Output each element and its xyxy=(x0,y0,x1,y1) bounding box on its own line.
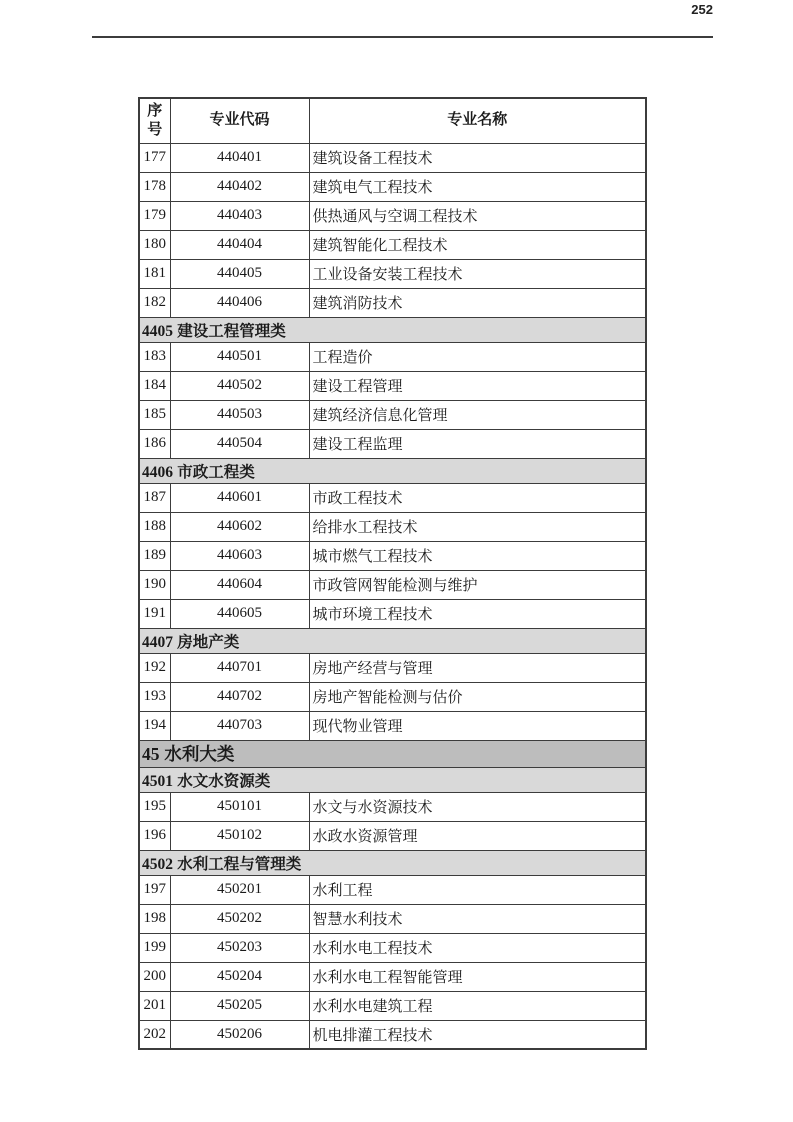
row-serial-no-cell: 196 xyxy=(139,821,170,850)
table-row: 199450203水利水电工程技术 xyxy=(139,933,646,962)
section-header-cell: 4405 建设工程管理类 xyxy=(139,317,646,342)
row-major-name-cell: 建筑设备工程技术 xyxy=(309,143,646,172)
table-row: 196450102水政水资源管理 xyxy=(139,821,646,850)
row-major-code-cell: 440501 xyxy=(170,342,309,371)
row-major-name-cell: 建设工程监理 xyxy=(309,429,646,458)
row-serial-no-cell: 190 xyxy=(139,570,170,599)
table-row: 201450205水利水电建筑工程 xyxy=(139,991,646,1020)
row-serial-no-cell: 201 xyxy=(139,991,170,1020)
col-header-major-name: 专业名称 xyxy=(309,98,646,143)
row-major-name-cell: 工业设备安装工程技术 xyxy=(309,259,646,288)
row-serial-no-cell: 178 xyxy=(139,172,170,201)
row-major-code-cell: 440603 xyxy=(170,541,309,570)
row-major-name-cell: 市政工程技术 xyxy=(309,483,646,512)
row-major-name-cell: 水利水电工程技术 xyxy=(309,933,646,962)
row-serial-no-cell: 200 xyxy=(139,962,170,991)
table-row: 187440601市政工程技术 xyxy=(139,483,646,512)
row-major-name-cell: 机电排灌工程技术 xyxy=(309,1020,646,1049)
section-code: 4405 xyxy=(142,323,173,340)
row-serial-no-cell: 182 xyxy=(139,288,170,317)
table-row: 183440501工程造价 xyxy=(139,342,646,371)
row-major-name-cell: 智慧水利技术 xyxy=(309,904,646,933)
table-row: 179440403供热通风与空调工程技术 xyxy=(139,201,646,230)
section-header-cell: 4406 市政工程类 xyxy=(139,458,646,483)
table-row: 186440504建设工程监理 xyxy=(139,429,646,458)
section-code: 4407 xyxy=(142,634,173,651)
row-serial-no-cell: 187 xyxy=(139,483,170,512)
row-major-name-cell: 城市环境工程技术 xyxy=(309,599,646,628)
row-major-name-cell: 现代物业管理 xyxy=(309,711,646,740)
section-header-cell: 4501 水文水资源类 xyxy=(139,767,646,792)
row-major-code-cell: 450203 xyxy=(170,933,309,962)
row-major-name-cell: 市政管网智能检测与维护 xyxy=(309,570,646,599)
row-major-name-cell: 水利水电建筑工程 xyxy=(309,991,646,1020)
row-major-name-cell: 水文与水资源技术 xyxy=(309,792,646,821)
table-row: 197450201水利工程 xyxy=(139,875,646,904)
section-title: 水利工程与管理类 xyxy=(173,856,301,873)
row-major-code-cell: 440502 xyxy=(170,371,309,400)
table-row: 185440503建筑经济信息化管理 xyxy=(139,400,646,429)
row-serial-no-cell: 198 xyxy=(139,904,170,933)
section-header-cell: 45 水利大类 xyxy=(139,740,646,767)
row-major-name-cell: 供热通风与空调工程技术 xyxy=(309,201,646,230)
row-major-code-cell: 450204 xyxy=(170,962,309,991)
table-row: 194440703现代物业管理 xyxy=(139,711,646,740)
section-title: 水文水资源类 xyxy=(173,773,270,790)
row-serial-no-cell: 177 xyxy=(139,143,170,172)
section-code: 4502 xyxy=(142,856,173,873)
table-row: 191440605城市环境工程技术 xyxy=(139,599,646,628)
row-major-code-cell: 440701 xyxy=(170,653,309,682)
row-serial-no-cell: 192 xyxy=(139,653,170,682)
row-serial-no-cell: 189 xyxy=(139,541,170,570)
row-major-code-cell: 440406 xyxy=(170,288,309,317)
row-serial-no-cell: 195 xyxy=(139,792,170,821)
table-row: 180440404建筑智能化工程技术 xyxy=(139,230,646,259)
page-number: 252 xyxy=(691,2,713,17)
table-row: 182440406建筑消防技术 xyxy=(139,288,646,317)
row-serial-no-cell: 186 xyxy=(139,429,170,458)
table-header: 序号 专业代码 专业名称 xyxy=(139,98,646,143)
row-major-name-cell: 建筑消防技术 xyxy=(309,288,646,317)
table-row: 184440502建设工程管理 xyxy=(139,371,646,400)
row-major-name-cell: 建筑电气工程技术 xyxy=(309,172,646,201)
header-rule xyxy=(92,36,713,38)
table-row: 198450202智慧水利技术 xyxy=(139,904,646,933)
row-serial-no-cell: 193 xyxy=(139,682,170,711)
row-major-code-cell: 440605 xyxy=(170,599,309,628)
row-major-name-cell: 水利工程 xyxy=(309,875,646,904)
section-title: 建设工程管理类 xyxy=(173,323,286,340)
table-row: 195450101水文与水资源技术 xyxy=(139,792,646,821)
table-row: 192440701房地产经营与管理 xyxy=(139,653,646,682)
table-row: 188440602给排水工程技术 xyxy=(139,512,646,541)
specialty-code-table: 序号 专业代码 专业名称 177440401建筑设备工程技术178440402建… xyxy=(138,97,647,1050)
table-row: 177440401建筑设备工程技术 xyxy=(139,143,646,172)
row-major-name-cell: 给排水工程技术 xyxy=(309,512,646,541)
row-major-code-cell: 450201 xyxy=(170,875,309,904)
row-major-code-cell: 440503 xyxy=(170,400,309,429)
row-major-code-cell: 440602 xyxy=(170,512,309,541)
row-major-name-cell: 建设工程管理 xyxy=(309,371,646,400)
row-major-name-cell: 水利水电工程智能管理 xyxy=(309,962,646,991)
table-row: 181440405工业设备安装工程技术 xyxy=(139,259,646,288)
section-header-cell: 4502 水利工程与管理类 xyxy=(139,850,646,875)
table-row: 193440702房地产智能检测与估价 xyxy=(139,682,646,711)
row-major-code-cell: 440403 xyxy=(170,201,309,230)
row-serial-no-cell: 180 xyxy=(139,230,170,259)
row-major-code-cell: 440402 xyxy=(170,172,309,201)
row-serial-no-cell: 179 xyxy=(139,201,170,230)
row-serial-no-cell: 185 xyxy=(139,400,170,429)
subcategory-header-row: 4407 房地产类 xyxy=(139,628,646,653)
section-code: 4406 xyxy=(142,464,173,481)
row-serial-no-cell: 183 xyxy=(139,342,170,371)
row-major-name-cell: 房地产经营与管理 xyxy=(309,653,646,682)
row-major-code-cell: 450101 xyxy=(170,792,309,821)
row-major-code-cell: 450205 xyxy=(170,991,309,1020)
row-serial-no-cell: 197 xyxy=(139,875,170,904)
row-serial-no-cell: 181 xyxy=(139,259,170,288)
subcategory-header-row: 4501 水文水资源类 xyxy=(139,767,646,792)
row-major-name-cell: 工程造价 xyxy=(309,342,646,371)
col-header-major-code: 专业代码 xyxy=(170,98,309,143)
table-row: 200450204水利水电工程智能管理 xyxy=(139,962,646,991)
row-major-code-cell: 450202 xyxy=(170,904,309,933)
row-major-code-cell: 450102 xyxy=(170,821,309,850)
document-page: 252 序号 专业代码 专业名称 177440401建筑设备工程技术178440… xyxy=(0,0,793,1122)
table-header-row: 序号 专业代码 专业名称 xyxy=(139,98,646,143)
subcategory-header-row: 4405 建设工程管理类 xyxy=(139,317,646,342)
row-major-name-cell: 城市燃气工程技术 xyxy=(309,541,646,570)
row-major-code-cell: 440601 xyxy=(170,483,309,512)
section-code: 4501 xyxy=(142,773,173,790)
row-major-code-cell: 440404 xyxy=(170,230,309,259)
table-row: 190440604市政管网智能检测与维护 xyxy=(139,570,646,599)
row-major-code-cell: 440703 xyxy=(170,711,309,740)
table-row: 189440603城市燃气工程技术 xyxy=(139,541,646,570)
row-serial-no-cell: 191 xyxy=(139,599,170,628)
table-row: 178440402建筑电气工程技术 xyxy=(139,172,646,201)
row-major-name-cell: 建筑经济信息化管理 xyxy=(309,400,646,429)
row-serial-no-cell: 188 xyxy=(139,512,170,541)
section-title: 水利大类 xyxy=(160,744,235,764)
row-serial-no-cell: 202 xyxy=(139,1020,170,1049)
category-header-row: 45 水利大类 xyxy=(139,740,646,767)
row-serial-no-cell: 199 xyxy=(139,933,170,962)
section-code: 45 xyxy=(142,744,160,764)
row-major-code-cell: 440702 xyxy=(170,682,309,711)
subcategory-header-row: 4502 水利工程与管理类 xyxy=(139,850,646,875)
row-major-code-cell: 440401 xyxy=(170,143,309,172)
section-header-cell: 4407 房地产类 xyxy=(139,628,646,653)
row-major-code-cell: 450206 xyxy=(170,1020,309,1049)
table-row: 202450206机电排灌工程技术 xyxy=(139,1020,646,1049)
row-major-code-cell: 440405 xyxy=(170,259,309,288)
row-serial-no-cell: 194 xyxy=(139,711,170,740)
table-body: 177440401建筑设备工程技术178440402建筑电气工程技术179440… xyxy=(139,143,646,1049)
row-major-name-cell: 房地产智能检测与估价 xyxy=(309,682,646,711)
row-major-code-cell: 440604 xyxy=(170,570,309,599)
row-serial-no-cell: 184 xyxy=(139,371,170,400)
row-major-code-cell: 440504 xyxy=(170,429,309,458)
row-major-name-cell: 建筑智能化工程技术 xyxy=(309,230,646,259)
col-header-serial-no: 序号 xyxy=(139,98,170,143)
subcategory-header-row: 4406 市政工程类 xyxy=(139,458,646,483)
section-title: 房地产类 xyxy=(173,634,239,651)
row-major-name-cell: 水政水资源管理 xyxy=(309,821,646,850)
section-title: 市政工程类 xyxy=(173,464,255,481)
